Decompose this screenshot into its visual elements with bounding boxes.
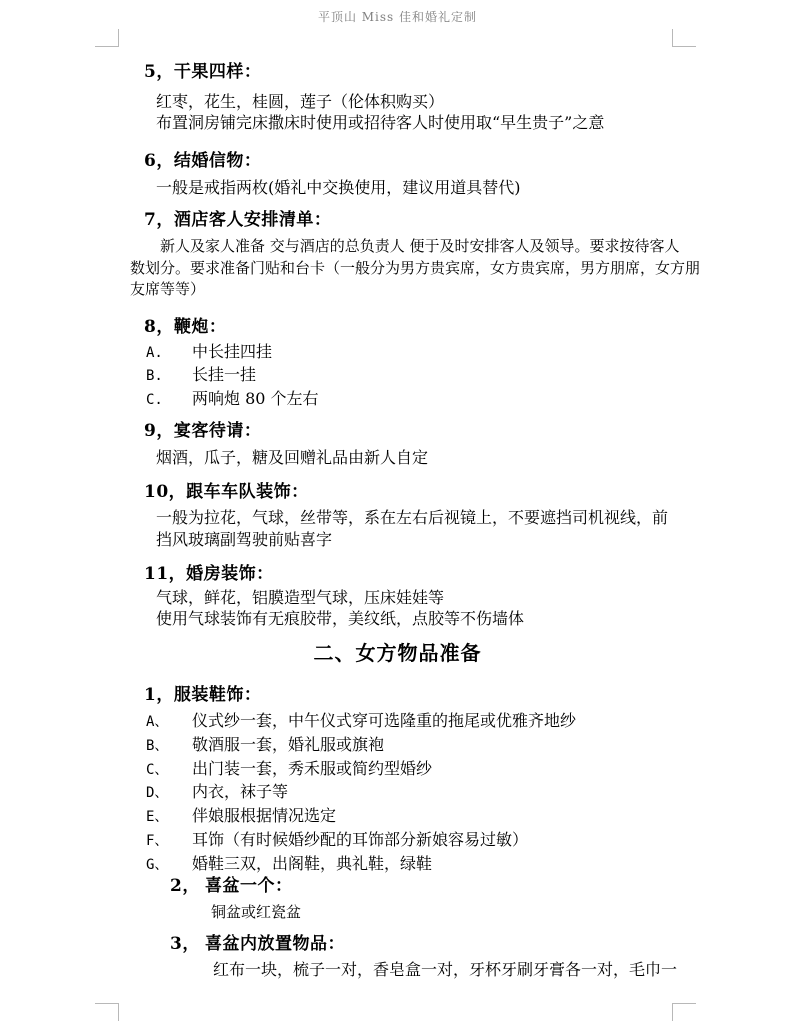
list-item-text: 内衣，袜子等: [192, 782, 288, 801]
list-item: A、仪式纱一套，中午仪式穿可选隆重的拖尾或优雅齐地纱: [146, 710, 576, 734]
section-3-heading: 3，喜盆内放置物品：: [170, 929, 345, 954]
list-item: F、耳饰（有时候婚纱配的耳饰部分新娘容易过敏）: [146, 829, 576, 853]
section-3-title: 喜盆内放置物品：: [205, 934, 345, 954]
list-item-label: E、: [146, 807, 192, 829]
list-item-text: 中长挂四挂: [192, 342, 272, 361]
list-item: B.长挂一挂: [146, 364, 319, 387]
section-7-line-3: 友席等等）: [130, 279, 678, 301]
section-2-title: 喜盆一个：: [205, 876, 293, 896]
section-10-body: 一般为拉花，气球，丝带等，系在左右后视镜上，不要遮挡司机视线，前 挡风玻璃副驾驶…: [156, 507, 668, 551]
list-item-text: 婚鞋三双，出阁鞋，典礼鞋，绿鞋: [192, 854, 432, 873]
list-item-text: 仪式纱一套，中午仪式穿可选隆重的拖尾或优雅齐地纱: [192, 711, 576, 730]
list-item: B、敬酒服一套，婚礼服或旗袍: [146, 734, 576, 758]
list-item: E、伴娘服根据情况选定: [146, 805, 576, 829]
list-item: A.中长挂四挂: [146, 341, 319, 364]
section-11-line-2: 使用气球装饰有无痕胶带，美纹纸，点胶等不伤墙体: [156, 608, 524, 629]
list-item-label: A、: [146, 712, 192, 734]
list-item-label: D、: [146, 783, 192, 805]
list-item-label: C、: [146, 760, 192, 782]
section-5-line-2: 布置洞房铺完床撒床时使用或招待客人时使用取“早生贵子”之意: [156, 110, 604, 133]
section-2-number: 2，: [170, 871, 205, 896]
list-item-text: 伴娘服根据情况选定: [192, 806, 336, 825]
crop-mark-bottom-right: [672, 1003, 696, 1021]
section-7-paragraph: 新人及家人准备 交与酒店的总负责人 便于及时安排客人及领导。要求按待客人 数划分…: [130, 236, 678, 301]
list-item-text: 出门装一套，秀禾服或简约型婚纱: [192, 759, 432, 778]
section-1-list: A、仪式纱一套，中午仪式穿可选隆重的拖尾或优雅齐地纱 B、敬酒服一套，婚礼服或旗…: [146, 710, 576, 877]
list-item-label: B.: [146, 365, 192, 387]
document-page: 平顶山 Miss 佳和婚礼定制 5，干果四样： 红枣，花生，桂圆，莲子（伦体积购…: [0, 0, 795, 1029]
section-6-heading: 6，结婚信物：: [144, 146, 261, 171]
list-item: C.两响炮 80 个左右: [146, 388, 319, 411]
section-5-line-1: 红枣，花生，桂圆，莲子（伦体积购买）: [156, 89, 444, 112]
section-7-line-2: 数划分。要求准备门贴和台卡（一般分为男方贵宾席，女方贵宾席，男方朋席，女方朋: [130, 258, 678, 280]
section-7-heading: 7，酒店客人安排清单：: [144, 205, 331, 230]
list-item-text: 耳饰（有时候婚纱配的耳饰部分新娘容易过敏）: [192, 830, 528, 849]
section-3-body: 红布一块，梳子一对，香皂盒一对，牙杯牙刷牙膏各一对，毛巾一: [213, 957, 677, 980]
page-header: 平顶山 Miss 佳和婚礼定制: [0, 8, 795, 25]
section-6-line-1: 一般是戒指两枚(婚礼中交换使用，建议用道具替代): [156, 175, 521, 198]
list-item-label: C.: [146, 389, 192, 411]
list-item-text: 长挂一挂: [192, 365, 256, 384]
section-10-line-2: 挡风玻璃副驾驶前贴喜字: [156, 529, 668, 551]
section-7-line-1: 新人及家人准备 交与酒店的总负责人 便于及时安排客人及领导。要求按待客人: [130, 236, 678, 258]
section-11-body: 气球，鲜花，铝膜造型气球，压床娃娃等 使用气球装饰有无痕胶带，美纹纸，点胶等不伤…: [156, 587, 524, 629]
section-2-body: 铜盆或红瓷盆: [211, 901, 301, 922]
part-2-heading: 二、女方物品准备: [0, 637, 795, 666]
section-1-heading: 1，服装鞋饰：: [144, 680, 261, 705]
section-9-heading: 9，宴客待请：: [144, 416, 261, 441]
list-item-label: F、: [146, 831, 192, 853]
section-2-heading: 2，喜盆一个：: [170, 871, 293, 896]
section-3-number: 3，: [170, 929, 205, 954]
section-11-line-1: 气球，鲜花，铝膜造型气球，压床娃娃等: [156, 587, 524, 608]
section-10-line-1: 一般为拉花，气球，丝带等，系在左右后视镜上，不要遮挡司机视线，前: [156, 507, 668, 529]
list-item: C、出门装一套，秀禾服或简约型婚纱: [146, 758, 576, 782]
section-9-line-1: 烟酒，瓜子，糖及回赠礼品由新人自定: [156, 445, 428, 468]
section-8-heading: 8，鞭炮：: [144, 312, 226, 337]
section-11-heading: 11，婚房装饰：: [144, 559, 274, 584]
list-item-text: 敬酒服一套，婚礼服或旗袍: [192, 735, 384, 754]
section-10-heading: 10，跟车车队装饰：: [144, 477, 309, 502]
list-item-text: 两响炮 80 个左右: [192, 389, 319, 408]
list-item-label: B、: [146, 736, 192, 758]
crop-mark-top-left: [95, 29, 119, 47]
crop-mark-top-right: [672, 29, 696, 47]
section-8-list: A.中长挂四挂 B.长挂一挂 C.两响炮 80 个左右: [146, 341, 319, 411]
list-item: D、内衣，袜子等: [146, 781, 576, 805]
crop-mark-bottom-left: [95, 1003, 119, 1021]
section-5-heading: 5，干果四样：: [144, 57, 261, 82]
list-item-label: A.: [146, 342, 192, 364]
